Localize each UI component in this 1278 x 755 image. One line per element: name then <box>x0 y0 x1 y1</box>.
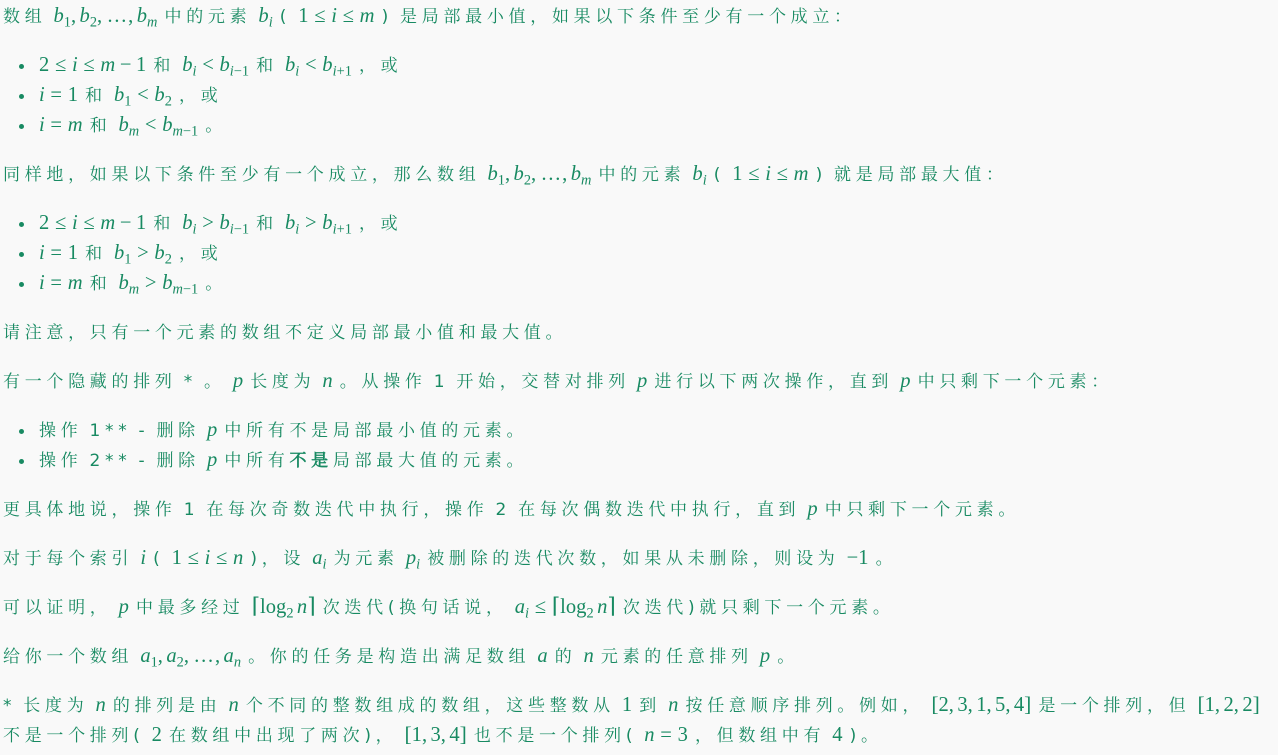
text-run: 和 <box>249 214 285 234</box>
text-run: ( <box>707 165 733 185</box>
text-run: 和 <box>78 86 114 106</box>
math-formula: n <box>96 694 106 716</box>
math-formula: bi>bi+1 <box>285 212 352 234</box>
text-run: 也不是一个排列( <box>467 726 644 746</box>
list-item-content: i=1 和 b1>b2 ，或 <box>39 244 222 264</box>
math-formula: bi <box>692 163 706 185</box>
local-minimum-conditions-list: 2≤i≤m−1 和 bi<bi−1 和 bi<bi+1 ，或 i=1 和 b1<… <box>3 51 1278 141</box>
bullet-icon <box>19 429 24 434</box>
text-run: 给你一个数组 <box>3 647 140 667</box>
math-formula: −1 <box>847 547 869 569</box>
math-formula: b1<b2 <box>114 84 172 106</box>
text-run: ( <box>273 7 299 27</box>
math-formula: i=1 <box>39 84 78 106</box>
math-formula: bi>bi−1 <box>182 212 249 234</box>
text-run: 的排列是由 <box>106 696 229 716</box>
text-run: 请注意，只有一个元素的数组不定义局部最小值和最大值。 <box>3 323 567 343</box>
text-run: ) 就是局部最大值： <box>809 165 1008 185</box>
math-formula: i=m <box>39 272 83 294</box>
math-formula: 2 <box>152 724 162 746</box>
text-run: 。 <box>869 549 898 569</box>
list-item: i=m 和 bm<bm−1 。 <box>3 111 1278 141</box>
math-formula: bi<bi−1 <box>182 54 249 76</box>
list-item-content: i=m 和 bm>bm−1 。 <box>39 274 227 294</box>
list-item-content: i=m 和 bm<bm−1 。 <box>39 116 227 136</box>
list-item-content: 操作 1** - 删除 p 中所有不是局部最小值的元素。 <box>39 421 528 441</box>
text-run: 进行以下两次操作，直到 <box>647 372 900 392</box>
deletion-iteration-definition: 对于每个索引 i ( 1≤i≤n )，设 ai 为元素 pi 被删除的迭代次数，… <box>3 544 1278 574</box>
text-run: 。 <box>198 116 227 136</box>
text-run: 。从操作 1 开始，交替对排列 <box>333 372 637 392</box>
math-formula: 1≤i≤n <box>172 547 244 569</box>
math-formula: 1≤i≤m <box>298 5 374 27</box>
math-formula: pi <box>406 547 420 569</box>
text-run: 按任意顺序排列。例如， <box>678 696 931 716</box>
text-run: )，设 <box>243 549 312 569</box>
bullet-icon <box>19 64 24 69</box>
math-formula: 2≤i≤m−1 <box>39 54 146 76</box>
list-item: i=m 和 bm>bm−1 。 <box>3 269 1278 299</box>
iteration-bound: 可以证明， p 中最多经过 ⌈log2n⌉ 次迭代(换句话说， ai≤⌈log2… <box>3 593 1278 623</box>
math-formula: p <box>119 596 129 618</box>
text-run: ，或 <box>352 214 403 234</box>
math-formula: [2,3,1,5,4] <box>931 694 1031 716</box>
text-run: 数组 <box>3 7 54 27</box>
math-formula: p <box>900 370 910 392</box>
single-element-note: 请注意，只有一个元素的数组不定义局部最小值和最大值。 <box>3 318 1278 348</box>
text-run: 中的元素 <box>157 7 258 27</box>
math-formula: n <box>229 694 239 716</box>
math-formula: bm>bm−1 <box>119 272 199 294</box>
text-run: 次迭代(换句话说， <box>316 598 515 618</box>
text-run: ，或 <box>172 244 223 264</box>
list-item: 2≤i≤m−1 和 bi<bi−1 和 bi<bi+1 ，或 <box>3 51 1278 81</box>
math-formula: n <box>322 370 332 392</box>
text-run: 在数组中出现了两次)， <box>162 726 405 746</box>
text-run: 的 <box>548 647 584 667</box>
bullet-icon <box>19 252 24 257</box>
list-item-content: 2≤i≤m−1 和 bi<bi−1 和 bi<bi+1 ，或 <box>39 56 402 76</box>
text-run: 和 <box>83 274 119 294</box>
text-run: 和 <box>249 56 285 76</box>
math-formula: p <box>637 370 647 392</box>
text-run: 和 <box>78 244 114 264</box>
text-run: 。 <box>198 274 227 294</box>
bullet-icon <box>19 282 24 287</box>
local-minimum-definition: 数组 b1,b2,…,bm 中的元素 bi ( 1≤i≤m ) 是局部最小值，如… <box>3 2 1278 32</box>
list-item: 2≤i≤m−1 和 bi>bi−1 和 bi>bi+1 ，或 <box>3 209 1278 239</box>
text-run: 和 <box>146 56 182 76</box>
text-run: 个不同的整数组成的数组，这些整数从 <box>239 696 622 716</box>
text-run: 可以证明， <box>3 598 119 618</box>
text-run: ，或 <box>172 86 223 106</box>
math-formula: 1 <box>622 694 632 716</box>
math-formula: bi<bi+1 <box>285 54 352 76</box>
hidden-permutation-intro: 有一个隐藏的排列 * 。 p 长度为 n 。从操作 1 开始，交替对排列 p 进… <box>3 367 1278 397</box>
math-formula: bm<bm−1 <box>119 114 199 136</box>
text-run: 被删除的迭代次数，如果从未删除，则设为 <box>420 549 847 569</box>
text-run: 局部最大值的元素。 <box>333 451 528 471</box>
math-formula: n <box>668 694 678 716</box>
text-run: 次迭代)就只剩下一个元素。 <box>616 598 895 618</box>
bullet-icon <box>19 459 24 464</box>
list-item: 操作 1** - 删除 p 中所有不是局部最小值的元素。 <box>3 416 1278 446</box>
task-description: 给你一个数组 a1,a2,…,an 。你的任务是构造出满足数组 a 的 n 元素… <box>3 642 1278 672</box>
math-formula: 4 <box>832 724 842 746</box>
emphasis-text: 不是 <box>289 451 332 471</box>
list-item: i=1 和 b1>b2 ，或 <box>3 239 1278 269</box>
text-run: 有一个隐藏的排列 * 。 <box>3 372 233 392</box>
text-run: ( <box>146 549 172 569</box>
text-run: 长度为 <box>243 372 322 392</box>
bullet-icon <box>19 94 24 99</box>
text-run: ，但数组中有 <box>688 726 832 746</box>
math-formula: i=1 <box>39 242 78 264</box>
math-formula: p <box>760 645 770 667</box>
text-run: 更具体地说，操作 1 在每次奇数迭代中执行，操作 2 在每次偶数迭代中执行，直到 <box>3 500 807 520</box>
math-formula: [1,3,4] <box>404 724 466 746</box>
math-formula: bi <box>258 5 272 27</box>
math-formula: b1,b2,…,bm <box>54 5 158 27</box>
math-formula: a <box>537 645 547 667</box>
math-formula: ai <box>312 547 326 569</box>
text-run: 操作 2** - 删除 <box>39 451 207 471</box>
math-formula: a1,a2,…,an <box>140 645 241 667</box>
text-run: 。 <box>770 647 799 667</box>
math-formula: n <box>584 645 594 667</box>
text-run: 中最多经过 <box>129 598 252 618</box>
iteration-schedule: 更具体地说，操作 1 在每次奇数迭代中执行，操作 2 在每次偶数迭代中执行，直到… <box>3 495 1278 525</box>
text-run: * 长度为 <box>3 696 96 716</box>
math-formula: ai≤⌈log2n⌉ <box>515 596 616 618</box>
text-run: 元素的任意排列 <box>594 647 760 667</box>
text-run: 为元素 <box>327 549 406 569</box>
math-formula: ⌈log2n⌉ <box>252 596 316 618</box>
math-formula: p <box>207 419 217 441</box>
text-run: 。你的任务是构造出满足数组 <box>241 647 537 667</box>
list-item-content: 2≤i≤m−1 和 bi>bi−1 和 bi>bi+1 ，或 <box>39 214 402 234</box>
text-run: 中所有 <box>217 451 289 471</box>
math-formula: 2≤i≤m−1 <box>39 212 146 234</box>
math-formula: i=m <box>39 114 83 136</box>
permutation-footnote: * 长度为 n 的排列是由 n 个不同的整数组成的数组，这些整数从 1 到 n … <box>3 691 1278 751</box>
text-run: 是一个排列，但 <box>1031 696 1197 716</box>
math-formula: p <box>807 498 817 520</box>
text-run: 和 <box>146 214 182 234</box>
text-run: 不是一个排列( <box>3 726 152 746</box>
math-formula: n=3 <box>644 724 688 746</box>
list-item: i=1 和 b1<b2 ，或 <box>3 81 1278 111</box>
text-run: )。 <box>843 726 883 746</box>
local-maximum-definition: 同样地，如果以下条件至少有一个成立，那么数组 b1,b2,…,bm 中的元素 b… <box>3 160 1278 190</box>
text-run: ) 是局部最小值，如果以下条件至少有一个成立： <box>375 7 856 27</box>
math-formula: b1>b2 <box>114 242 172 264</box>
local-maximum-conditions-list: 2≤i≤m−1 和 bi>bi−1 和 bi>bi+1 ，或 i=1 和 b1>… <box>3 209 1278 299</box>
text-run: 操作 1** - 删除 <box>39 421 207 441</box>
list-item: 操作 2** - 删除 p 中所有不是局部最大值的元素。 <box>3 446 1278 476</box>
bullet-icon <box>19 222 24 227</box>
text-run: 和 <box>83 116 119 136</box>
list-item-content: i=1 和 b1<b2 ，或 <box>39 86 222 106</box>
math-formula: [1,2,2] <box>1197 694 1259 716</box>
math-formula: p <box>207 449 217 471</box>
bullet-icon <box>19 124 24 129</box>
text-run: 同样地，如果以下条件至少有一个成立，那么数组 <box>3 165 488 185</box>
text-run: 对于每个索引 <box>3 549 140 569</box>
math-formula: b1,b2,…,bm <box>488 163 592 185</box>
text-run: 中只剩下一个元素： <box>911 372 1113 392</box>
text-run: ，或 <box>352 56 403 76</box>
text-run: 中只剩下一个元素。 <box>818 500 1020 520</box>
math-formula: p <box>233 370 243 392</box>
problem-statement: 数组 b1,b2,…,bm 中的元素 bi ( 1≤i≤m ) 是局部最小值，如… <box>0 0 1278 751</box>
operations-list: 操作 1** - 删除 p 中所有不是局部最小值的元素。 操作 2** - 删除… <box>3 416 1278 476</box>
list-item-content: 操作 2** - 删除 p 中所有不是局部最大值的元素。 <box>39 451 528 471</box>
text-run: 到 <box>632 696 668 716</box>
text-run: 中的元素 <box>591 165 692 185</box>
math-formula: 1≤i≤m <box>732 163 808 185</box>
text-run: 中所有不是局部最小值的元素。 <box>217 421 528 441</box>
